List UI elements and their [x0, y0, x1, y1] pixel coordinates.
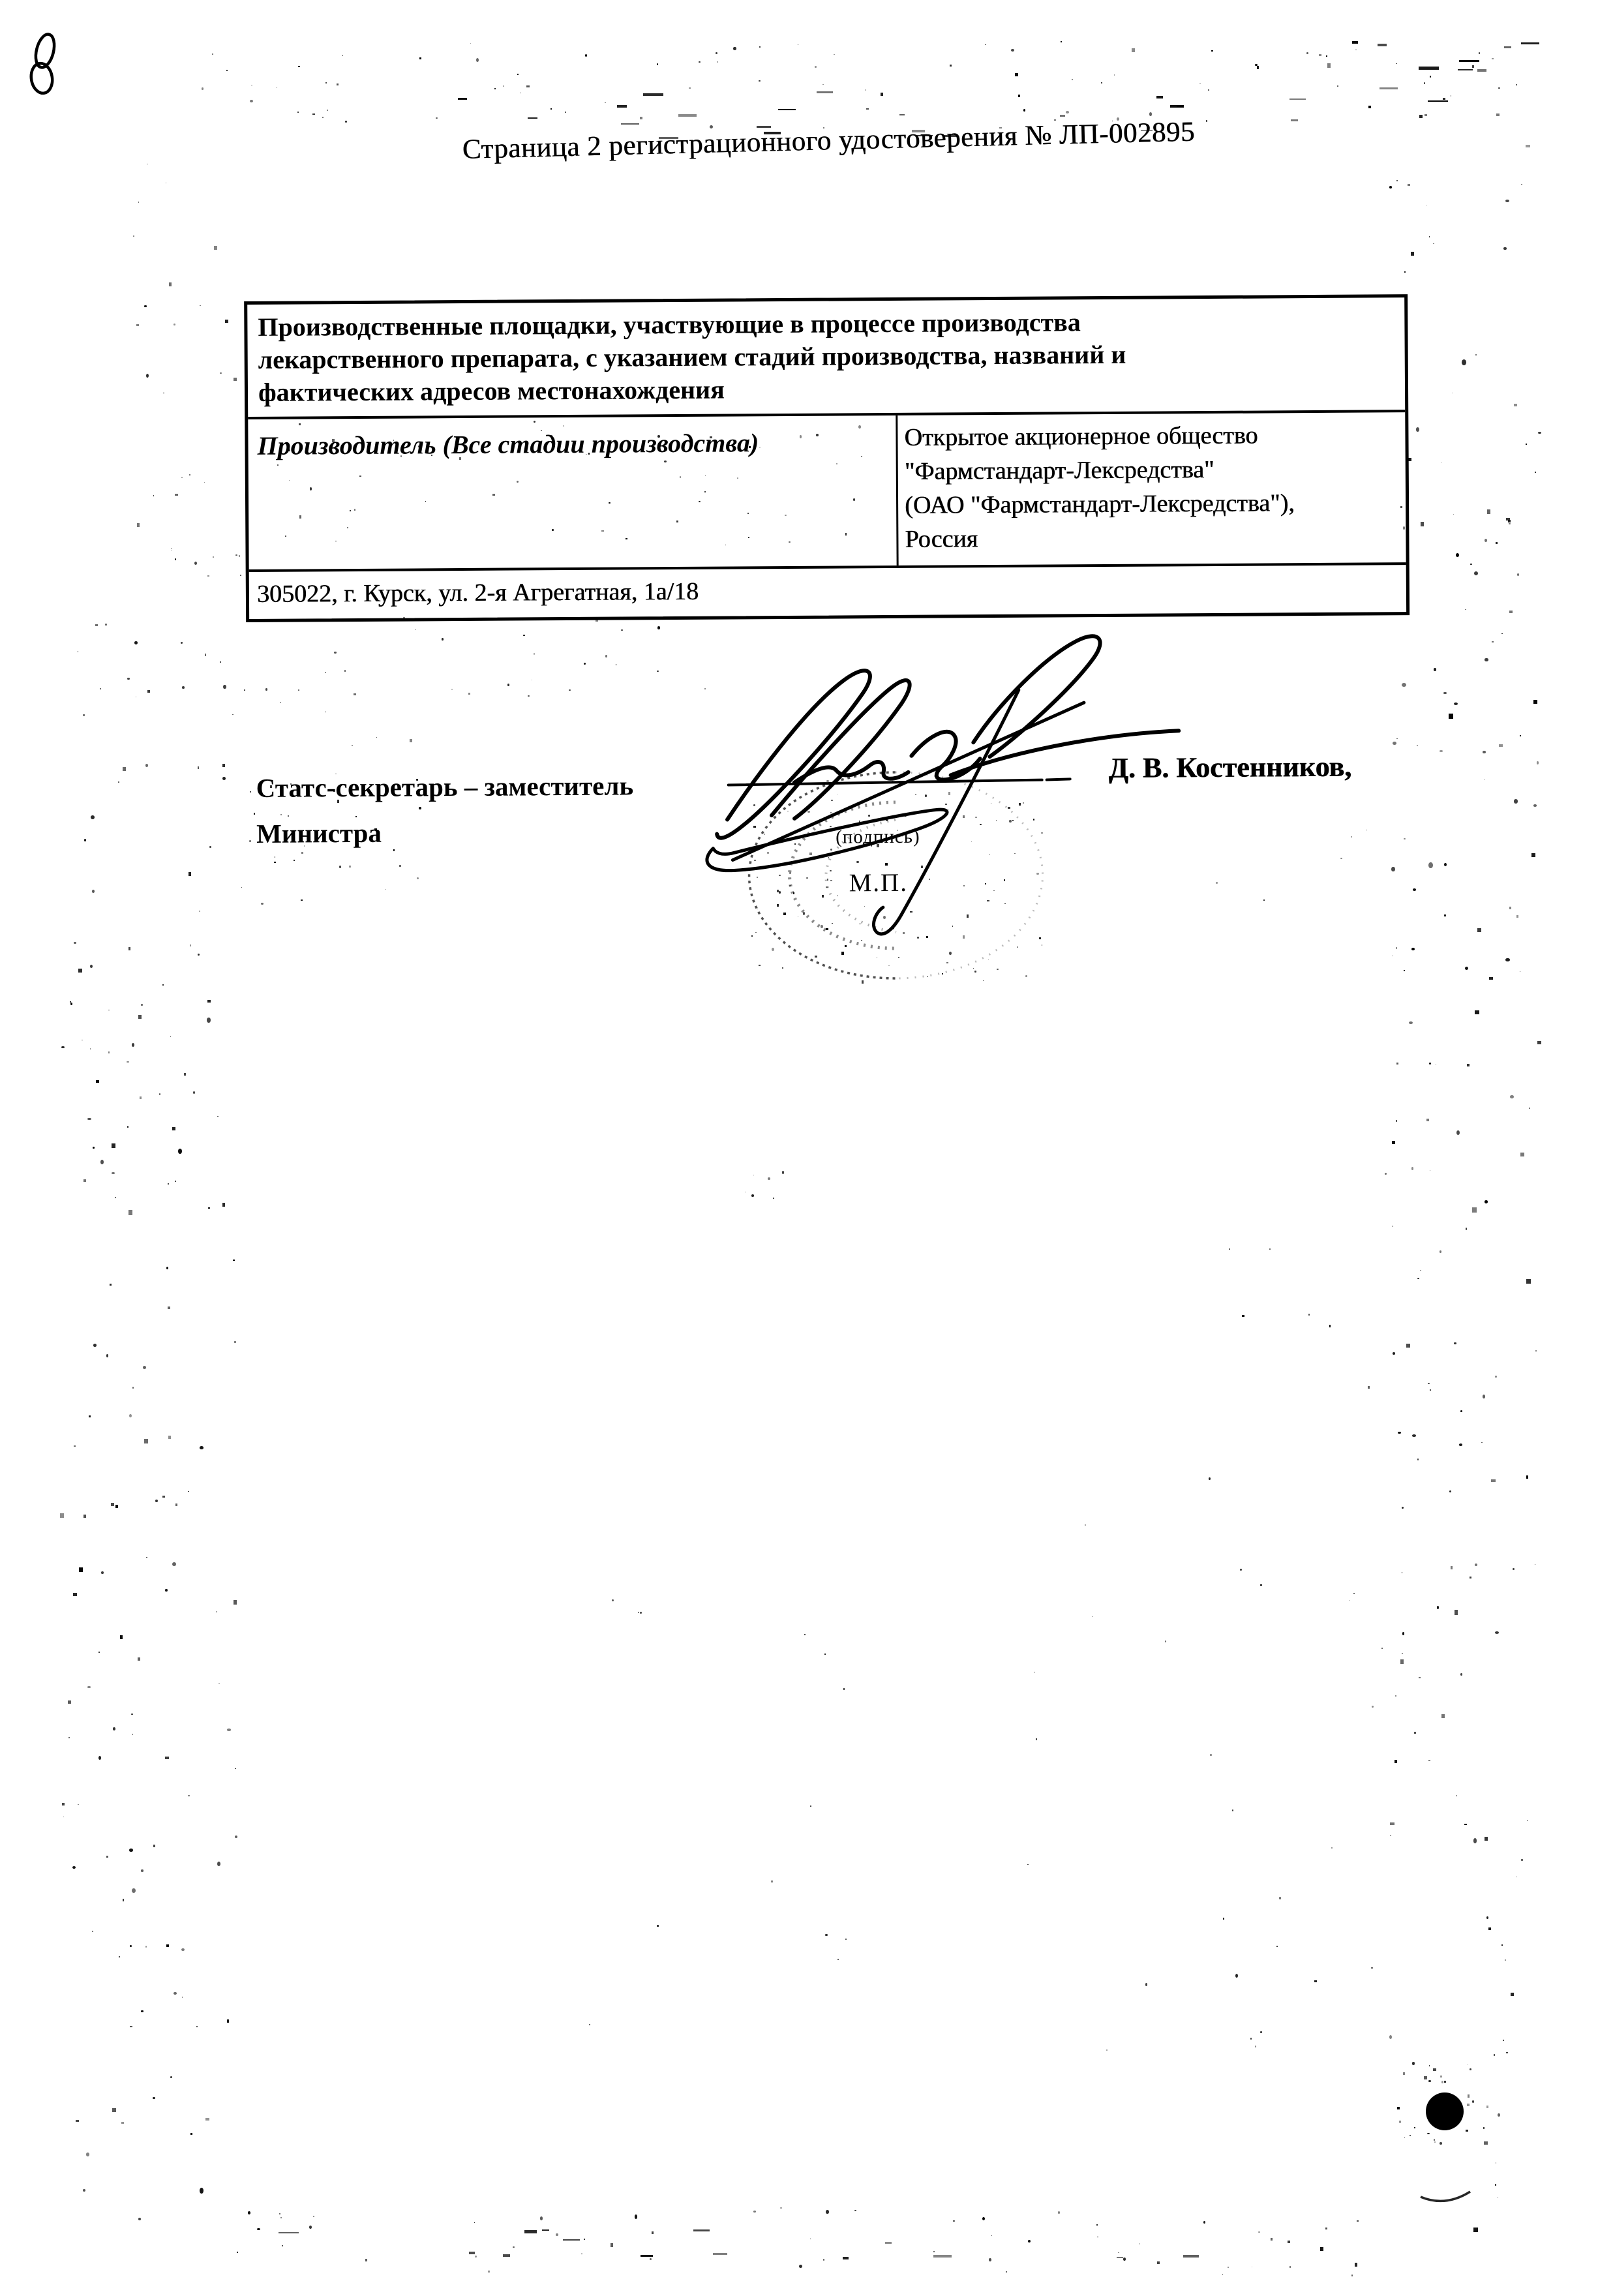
- document-page: Страница 2 регистрационного удостоверени…: [0, 0, 1598, 2296]
- company-line: Открытое акционерное общество: [904, 417, 1401, 455]
- signature-caption: (подпись): [836, 826, 920, 849]
- company-line: Россия: [905, 519, 1402, 556]
- company-line: "Фармстандарт-Лексредства": [905, 451, 1402, 489]
- production-sites-table: Производственные площадки, участвующие в…: [244, 294, 1410, 622]
- scanned-sheet: Страница 2 регистрационного удостоверени…: [0, 0, 1598, 2296]
- address-cell: 305022, г. Курск, ул. 2-я Агрегатная, 1а…: [249, 565, 1406, 619]
- signatory-position: Статс-секретарь – заместитель Министра: [256, 763, 634, 856]
- punch-hole-dot-icon: [1426, 2092, 1464, 2130]
- signatory-position-line: Министра: [256, 808, 634, 856]
- table-header-line: фактических адресов местонахождения: [258, 369, 1394, 409]
- table-row: Производитель (Все стадии производства) …: [248, 412, 1406, 572]
- page-header: Страница 2 регистрационного удостоверени…: [462, 116, 1195, 166]
- signatory-name: Д. В. Костенников,: [1108, 750, 1351, 785]
- producer-company-cell: Открытое акционерное общество "Фармстанд…: [897, 412, 1406, 566]
- signatory-position-line: Статс-секретарь – заместитель: [256, 763, 634, 811]
- producer-role-cell: Производитель (Все стадии производства): [248, 415, 898, 569]
- signature: [706, 635, 1180, 935]
- seal-place-mark: М.П.: [849, 868, 908, 898]
- company-line: (ОАО "Фармстандарт-Лексредства"),: [905, 485, 1402, 522]
- table-header-cell: Производственные площадки, участвующие в…: [247, 297, 1405, 419]
